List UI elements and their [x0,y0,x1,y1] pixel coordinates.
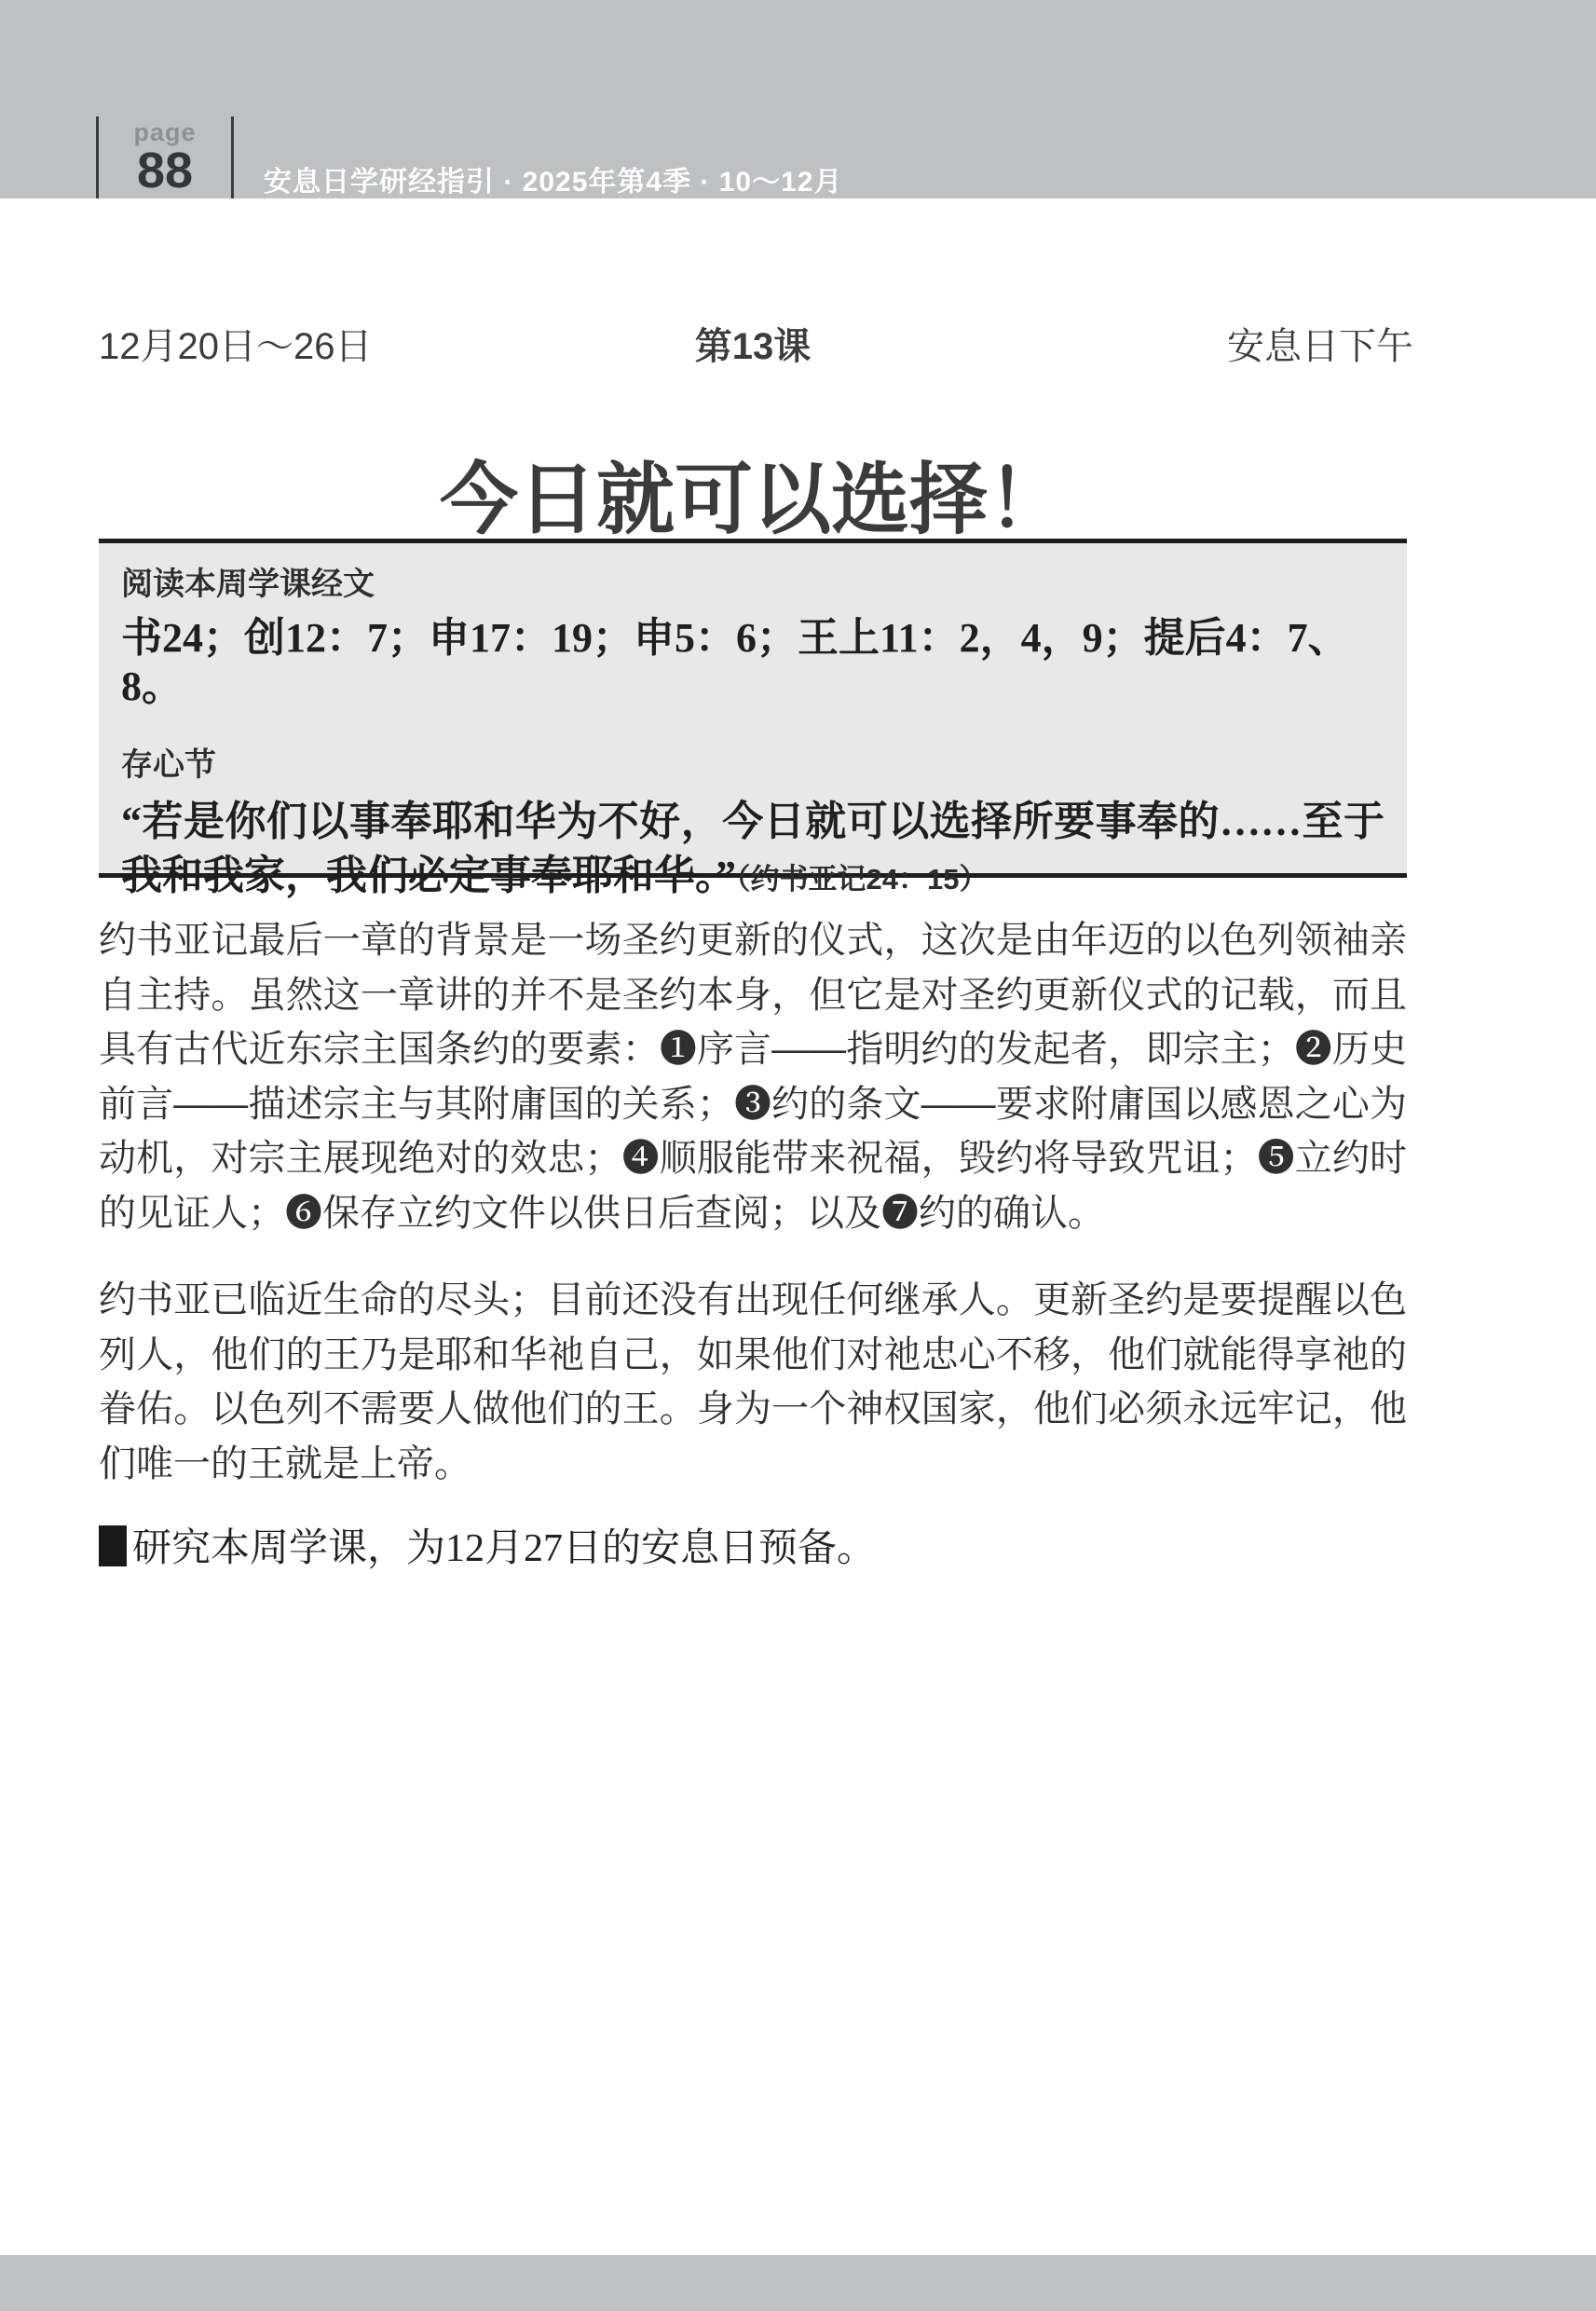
study-note-text: 研究本周学课，为12月27日的安息日预备。 [132,1527,876,1570]
lesson-page: page 88 安息日学研经指引 · 2025年第4季 · 10～12月 12月… [0,0,1596,2311]
page-number-box: page 88 [96,116,234,198]
lesson-body: 约书亚记最后一章的背景是一场圣约更新的仪式，这次是由年迈的以色列领袖亲自主持。虽… [99,913,1407,1575]
bottom-band [0,2255,1596,2311]
body-paragraph: 约书亚记最后一章的背景是一场圣约更新的仪式，这次是由年迈的以色列领袖亲自主持。虽… [99,913,1407,1240]
memory-verse: “若是你们以事奉耶和华为不好，今日就可以选择所要事奉的……至于我和我家，我们必定… [121,795,1385,907]
study-scripture-box: 阅读本周学课经文 书24；创12：7；申17：19；申5：6；王上11：2，4，… [99,539,1407,878]
publication-title: 安息日学研经指引 · 2025年第4季 · 10～12月 [264,158,842,199]
black-square-icon [99,1525,127,1566]
lesson-date-range: 12月20日～26日 [99,317,372,370]
lesson-title: 今日就可以选择！ [99,453,1407,550]
lesson-session: 安息日下午 [1227,317,1413,370]
lesson-header-row: 12月20日～26日 第13课 安息日下午 [0,317,1596,363]
study-note: 研究本周学课，为12月27日的安息日预备。 [99,1523,1407,1575]
memory-verse-label: 存心节 [121,746,1385,784]
reading-references: 书24；创12：7；申17：19；申5：6；王上11：2，4，9；提后4：7、8… [121,614,1385,711]
page-number: 88 [99,146,231,195]
memory-verse-reference: （约书亚记24：15） [736,863,988,896]
reading-label: 阅读本周学课经文 [121,566,1385,603]
lesson-number: 第13课 [695,317,812,370]
body-paragraph: 约书亚已临近生命的尽头；目前还没有出现任何继承人。更新圣约是要提醒以色列人，他们… [99,1273,1407,1491]
top-band: page 88 安息日学研经指引 · 2025年第4季 · 10～12月 [0,0,1596,198]
